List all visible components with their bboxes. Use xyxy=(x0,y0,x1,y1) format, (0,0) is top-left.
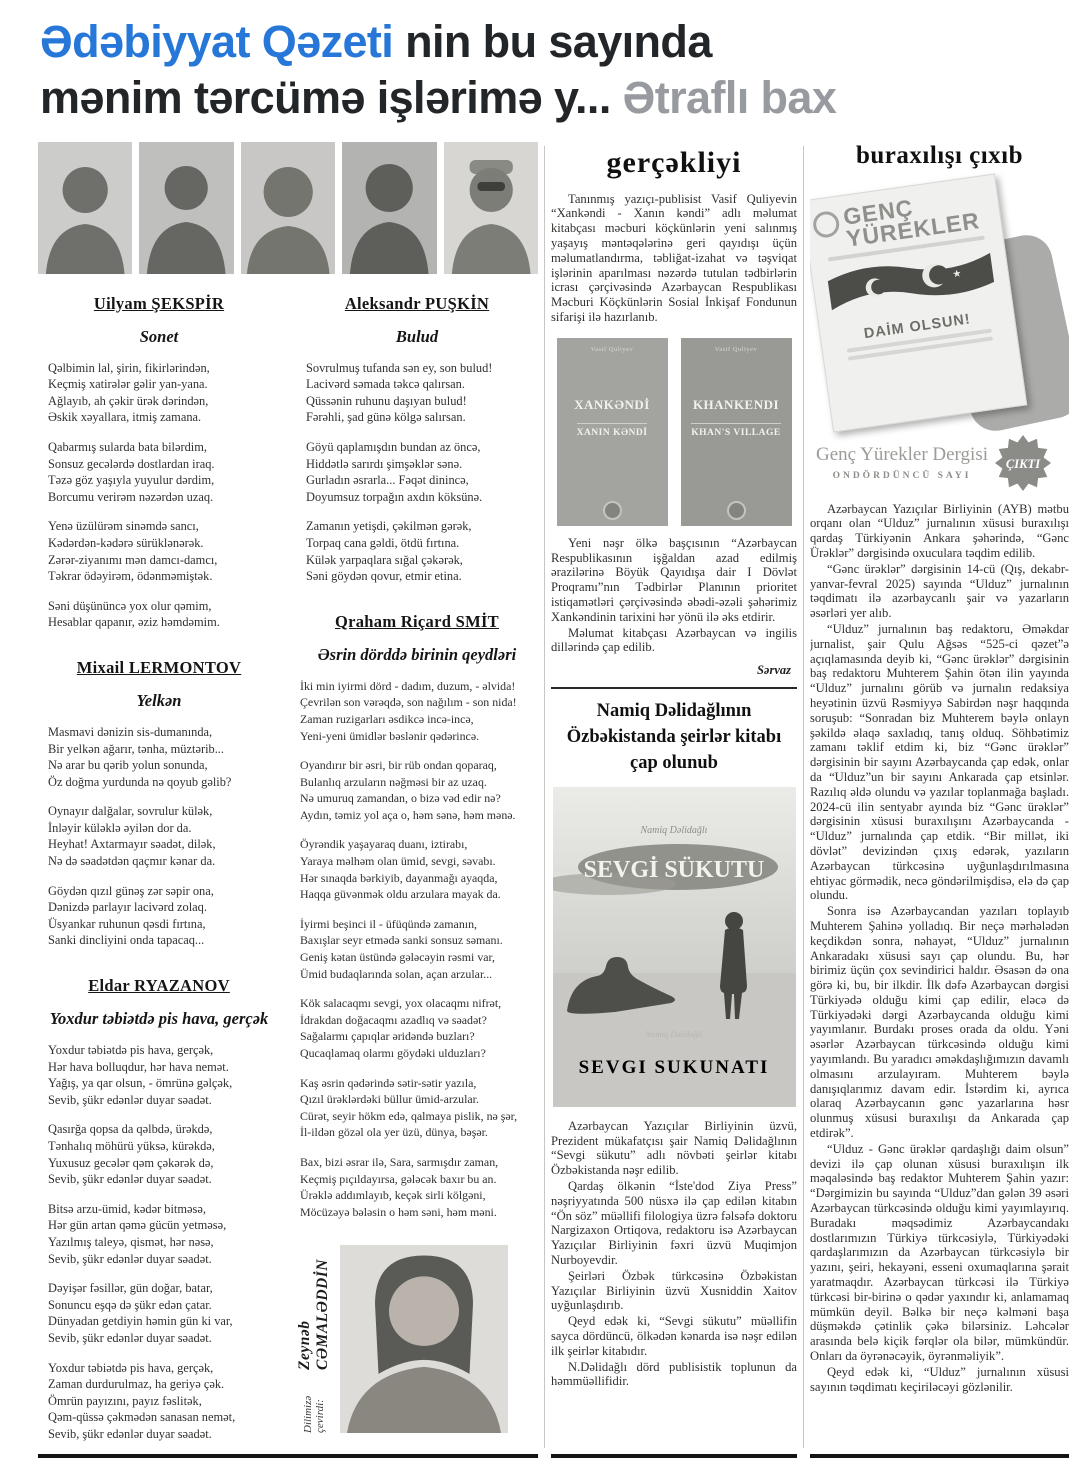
translator-caption: Dilimizə çevirdi: xyxy=(302,1374,326,1434)
article-body: Azərbaycan Yazıçılar Birliyinin (AYB) mə… xyxy=(810,502,1069,1396)
gazette-name: Ədəbiyyat Qəzeti xyxy=(40,16,393,67)
column-3: gerçəkliyi Tanınmış yazıçı-publisist Vas… xyxy=(551,142,797,1458)
column-2: Aleksandr PUŞKİN Bulud Sovrulmuş tufanda… xyxy=(296,280,538,1454)
translator-label: Dilimizə çevirdi: Zeynəb CƏMALƏDDİN xyxy=(296,1237,332,1433)
poem-title: Yelkən xyxy=(38,690,280,712)
person-silhouette-icon xyxy=(340,1245,508,1433)
poet-name: Uilyam ŞEKSPİR xyxy=(38,294,280,314)
column-divider xyxy=(803,146,804,1448)
paragraph: Tanınmış yazıçı-publisist Vasif Quliyevi… xyxy=(551,192,797,325)
section-bottom-rule xyxy=(551,1454,797,1458)
translator-name: Zeynəb CƏMALƏDDİN xyxy=(296,1237,332,1370)
poem-yoxdur-tebietde: Yoxdur təbiətdə pis hava, gerçək,Hər hav… xyxy=(38,1042,280,1454)
star-icon: ★ xyxy=(952,268,962,280)
article-title-continuation: buraxılışı çıxıb xyxy=(810,142,1069,170)
column-1: Uilyam ŞEKSPİR Sonet Qəlbimin lal, şirin… xyxy=(38,280,280,1454)
book-subtitle: KHAN'S VILLAGE xyxy=(691,423,780,438)
magazine-caption: Genç Yürekler Dergisi ONDÖRDÜNCÜ SAYI ÇI… xyxy=(816,434,1069,492)
section-bottom-rule xyxy=(810,1454,1069,1458)
headline-line-2: mənim tərcümə işlərimə y... Ətraflı bax xyxy=(40,70,1059,126)
poems-section: Uilyam ŞEKSPİR Sonet Qəlbimin lal, şirin… xyxy=(38,142,538,1458)
article-lead: Tanınmış yazıçı-publisist Vasif Quliyevi… xyxy=(551,192,797,326)
article-title: Namiq Dəlidağlının Özbəkistanda şeirlər … xyxy=(553,699,795,777)
book-subtitle: XANIN KƏNDİ xyxy=(577,423,648,438)
book-cover-sevgi-sukutu: Namiq Dəlidağlı SEVGİ SÜKUTU Namiq Dəlid… xyxy=(553,787,796,1107)
badge-label: ÇIKTI xyxy=(1006,456,1041,470)
poem-title: Sonet xyxy=(38,326,280,348)
person-silhouette-icon xyxy=(342,142,436,274)
poem-esrin-dordde-birinin: İki min iyirmi dörd - dadım, duzum, - əl… xyxy=(296,678,538,1234)
book-covers-row: Vasif Quliyev XANKƏNDİ XANIN KƏNDİ Vasif… xyxy=(551,338,797,526)
magazine-name-caption: Genç Yürekler Dergisi xyxy=(816,444,988,466)
headline-part-2: mənim tərcümə işlərimə y... xyxy=(40,72,623,123)
see-more-link[interactable]: Ətraflı bax xyxy=(623,72,837,123)
magazine-masthead: GENÇ YÜREKLER xyxy=(811,185,993,253)
cover-author-bottom: Namiq Dəlidağlı xyxy=(644,1029,702,1039)
article-title-continuation: gerçəkliyi xyxy=(551,146,797,180)
portrait-shakespeare-photo xyxy=(38,142,132,274)
magazine-cover: GENÇ YÜREKLER ★ DAİM OLSUN! xyxy=(810,173,1027,432)
cover-author-top: Namiq Dəlidağlı xyxy=(639,825,707,836)
page: Ədəbiyyat Qəzeti nin bu sayında mənim tə… xyxy=(0,0,1079,1474)
issue-number-caption: ONDÖRDÜNCÜ SAYI xyxy=(816,471,988,481)
book-author: Vasif Quliyev xyxy=(715,346,757,353)
poet-name: Mixail LERMONTOV xyxy=(38,658,280,678)
magazine-logo-icon xyxy=(812,209,841,238)
poem-sonet: Qəlbimin lal, şirin, fikirlərindən,Keçmi… xyxy=(38,360,280,644)
article-separator xyxy=(551,687,797,689)
article-body: Yeni nəşr ölkə başçısının “Azərbaycan Re… xyxy=(551,536,797,656)
post-headline: Ədəbiyyat Qəzeti nin bu sayında mənim tə… xyxy=(0,0,1079,136)
cover-title-az: SEVGİ SÜKUTU xyxy=(583,857,764,883)
book-cover-xankendi: Vasif Quliyev XANKƏNDİ XANIN KƏNDİ xyxy=(557,338,668,526)
poem-title: Əsrin dörddə birinin qeydləri xyxy=(296,644,538,666)
poem-columns: Uilyam ŞEKSPİR Sonet Qəlbimin lal, şirin… xyxy=(38,280,538,1454)
caption-text: Genç Yürekler Dergisi ONDÖRDÜNCÜ SAYI xyxy=(816,444,988,481)
cikti-badge: ÇIKTI xyxy=(994,434,1052,492)
author-portraits-row xyxy=(38,142,538,274)
poem-yelken: Masmavi dənizin sis-dumanında,Bir yelkən… xyxy=(38,724,280,962)
person-silhouette-icon xyxy=(139,142,233,274)
column-divider xyxy=(544,146,545,1448)
portrait-ryazanov-photo xyxy=(241,142,335,274)
poem-title: Yoxdur təbiətdə pis hava, gerçək xyxy=(38,1008,280,1030)
portrait-lermontov-photo xyxy=(139,142,233,274)
magazine-photo: GENÇ YÜREKLER ★ DAİM OLSUN! xyxy=(810,178,1069,434)
cover-title-uz: SEVGI SUKUNATI xyxy=(578,1057,769,1078)
poet-name: Qraham Riçard SMİT xyxy=(296,612,538,632)
article-body: Azərbaycan Yazıçılar Birliyinin üzvü, Pr… xyxy=(551,1119,797,1390)
portrait-smit-photo xyxy=(444,142,538,274)
poet-name: Eldar RYAZANOV xyxy=(38,976,280,996)
poem-bulud: Sovrulmuş tufanda sən ey, son bulud!Laci… xyxy=(296,360,538,598)
translator-photo xyxy=(340,1245,508,1433)
headline-part-1: nin bu sayında xyxy=(393,16,712,67)
article-signature: Sərvaz xyxy=(551,663,791,678)
person-silhouette-icon xyxy=(38,142,132,274)
book-title: KHANKENDI xyxy=(693,397,779,413)
book-author: Vasif Quliyev xyxy=(591,346,633,353)
translator-credit: Dilimizə çevirdi: Zeynəb CƏMALƏDDİN xyxy=(296,1237,538,1433)
book-cover-khankendi: Vasif Quliyev KHANKENDI KHAN'S VILLAGE xyxy=(681,338,792,526)
section-bottom-rule xyxy=(38,1454,538,1458)
poem-title: Bulud xyxy=(296,326,538,348)
headline-line-1: Ədəbiyyat Qəzeti nin bu sayında xyxy=(40,14,1059,70)
newspaper-page: Uilyam ŞEKSPİR Sonet Qəlbimin lal, şirin… xyxy=(0,136,1079,1458)
poet-name: Aleksandr PUŞKİN xyxy=(296,294,538,314)
portrait-pushkin-photo xyxy=(342,142,436,274)
publisher-emblem-icon xyxy=(603,501,622,520)
book-title: XANKƏNDİ xyxy=(574,397,650,413)
publisher-emblem-icon xyxy=(727,501,746,520)
column-4: buraxılışı çıxıb GENÇ YÜREKLER ★ xyxy=(810,142,1069,1458)
person-silhouette-icon xyxy=(241,142,335,274)
person-silhouette-icon xyxy=(444,142,538,274)
